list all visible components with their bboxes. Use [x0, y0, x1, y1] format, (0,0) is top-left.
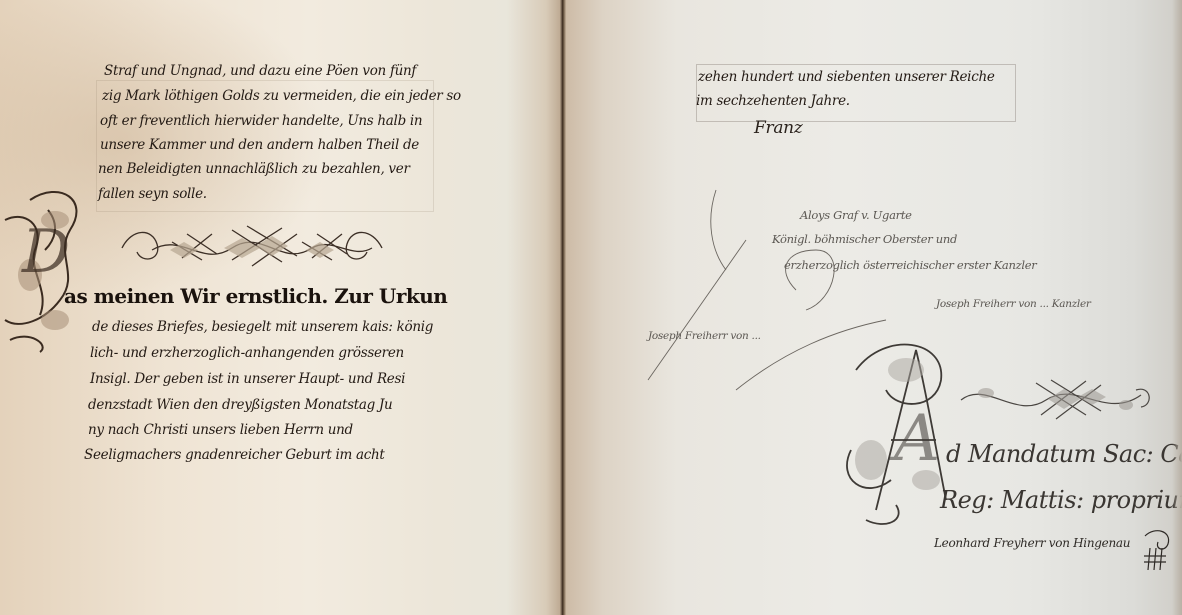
closing-line: de dieses Briefes, besiegelt mit unserem…	[92, 318, 433, 336]
countersignature-line: Joseph Freiherr von ... Kanzler	[936, 298, 1091, 310]
manuscript-spread: Straf und Ungnad, und dazu eine Pöen von…	[0, 0, 1182, 615]
svg-text:A: A	[889, 402, 940, 476]
closing-line: lich- und erzherzoglich-anhangenden grös…	[90, 344, 404, 362]
mandate-line: Reg: Mattis: proprium:	[940, 486, 1182, 514]
decorative-initial-d-icon: D	[0, 180, 95, 355]
calligraphic-band-ornament-icon	[112, 220, 392, 276]
right-page: zehen hundert und siebenten unserer Reic…	[566, 0, 1182, 615]
continuation-line: im sechzehenten Jahre.	[696, 92, 850, 110]
left-page: Straf und Ungnad, und dazu eine Pöen von…	[0, 0, 563, 615]
closing-line: Insigl. Der geben ist in unserer Haupt- …	[90, 370, 405, 388]
ruled-text-frame	[96, 80, 434, 212]
closing-line: ny nach Christi unsers lieben Herrn und	[88, 421, 353, 439]
heading-line: as meinen Wir ernstlich. Zur Urkun	[64, 284, 447, 308]
closing-line: denzstadt Wien den dreyßigsten Monatstag…	[88, 396, 392, 414]
continuation-line: zehen hundert und siebenten unserer Reic…	[698, 68, 995, 86]
calligraphic-band-ornament-icon	[956, 375, 1156, 425]
secretary-signature: Leonhard Freyherr von Hingenau	[934, 536, 1130, 550]
svg-text:D: D	[21, 217, 70, 287]
mandate-line: d Mandatum Sac: Caes:	[946, 440, 1182, 468]
monarch-signature: Franz	[754, 118, 802, 138]
paraph-flourish-icon	[1140, 526, 1176, 572]
closing-line: Seeligmachers gnadenreicher Geburt im ac…	[84, 446, 385, 464]
paragraph-line: Straf und Ungnad, und dazu eine Pöen von…	[104, 62, 416, 80]
